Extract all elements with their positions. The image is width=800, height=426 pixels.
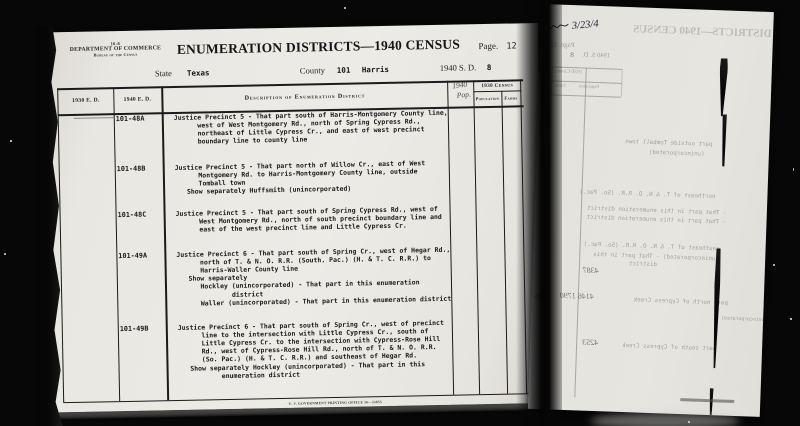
ghost-line: part south of Cypress Creek bbox=[622, 343, 716, 352]
ed-cell: 101-49A bbox=[118, 252, 147, 261]
column-header-1940-ed: 1940 E. D. bbox=[113, 96, 161, 103]
column-divider bbox=[113, 87, 120, 401]
column-divider bbox=[473, 80, 480, 394]
ghost-handwritten-figure: 4387 bbox=[583, 266, 599, 276]
county-code: 101 bbox=[337, 65, 351, 74]
ghost-line: - That part in this enumeration district bbox=[586, 215, 726, 226]
column-header-1930-census: 1930 Census bbox=[473, 82, 521, 89]
sd-label: 1940 S. D. bbox=[440, 62, 477, 73]
page-number-block: Page. 12 bbox=[478, 40, 516, 52]
speckle bbox=[764, 95, 766, 97]
ghost-handwritten-figure: 4146 1790 bbox=[560, 291, 594, 301]
ed-cell: 101-48B bbox=[117, 165, 146, 174]
ghost-footer-imprint bbox=[680, 398, 734, 403]
header-fields: State Texas County 101 Harris 1940 S. D.… bbox=[49, 61, 539, 70]
description-cell: Justice Precinct 6 - That part south of … bbox=[178, 318, 445, 381]
scanned-census-page-photo: 16-8 DEPARTMENT OF COMMERCE Bureau of th… bbox=[0, 0, 800, 426]
agency-stamp: 16-8 DEPARTMENT OF COMMERCE Bureau of th… bbox=[60, 40, 170, 59]
ghost-line: part outside Tomball town bbox=[625, 139, 712, 148]
ghost-column-rule bbox=[621, 69, 623, 97]
description-cell: Justice Precinct 6 - That part south of … bbox=[176, 245, 451, 308]
county-value: Harris bbox=[362, 64, 389, 74]
county-label: County bbox=[300, 65, 325, 75]
census-header-split-rule bbox=[473, 90, 521, 92]
column-divider bbox=[447, 81, 454, 395]
column-header-population: Population bbox=[473, 95, 501, 101]
table-row: 101-48B Justice Precinct 5 - That part n… bbox=[51, 157, 531, 166]
page-curl-highlight bbox=[590, 413, 740, 426]
speckle bbox=[688, 421, 690, 423]
speckle bbox=[4, 253, 6, 255]
table-row: 101-49B Justice Precinct 6 - That part s… bbox=[54, 317, 534, 326]
speckle bbox=[344, 7, 346, 9]
column-header-1930-ed: 1930 E. D. bbox=[58, 97, 113, 104]
description-cell: Justice Precinct 5 - That part north of … bbox=[175, 159, 426, 197]
ed-cell: 101-49B bbox=[120, 325, 149, 334]
speckle bbox=[773, 264, 775, 266]
description-cell: Justice Precinct 5 - That part south of … bbox=[174, 108, 449, 146]
speckle bbox=[793, 168, 794, 171]
ghost-population-header: Population bbox=[579, 83, 599, 89]
ghost-line: (unincorporated) bbox=[721, 316, 767, 323]
ghost-line: (unincorporated) bbox=[649, 150, 705, 158]
column-divider bbox=[501, 91, 508, 394]
column-header-description: Description of Enumeration District bbox=[162, 91, 447, 103]
ghost-sd-label: 1940 S. D. bbox=[582, 51, 610, 59]
ink-streak bbox=[719, 114, 728, 166]
ghost-line: district bbox=[629, 261, 657, 268]
sd-value: 8 bbox=[487, 62, 492, 71]
left-page: 16-8 DEPARTMENT OF COMMERCE Bureau of th… bbox=[48, 23, 545, 412]
description-cell: Justice Precinct 5 - That part south of … bbox=[176, 204, 443, 234]
ghost-line: northeast of T. & N. O. R.R. (So. Pac.) bbox=[579, 189, 715, 200]
ghost-line: (unincorporated) - That part in this bbox=[593, 252, 719, 262]
gutter-shadow bbox=[516, 0, 562, 426]
ed-cell: 101-48C bbox=[118, 211, 147, 220]
ghost-line: part north of Cypress Creek bbox=[634, 297, 728, 306]
state-value: Texas bbox=[187, 68, 210, 77]
right-page: 3/23/4 Page. 12 DISTRICTS—1940 CENSUS 19… bbox=[528, 4, 774, 417]
page-title: ENUMERATION DISTRICTS—1940 CENSUS bbox=[168, 36, 468, 58]
ghost-title: DISTRICTS—1940 CENSUS bbox=[633, 23, 772, 40]
ink-streak bbox=[718, 58, 728, 116]
column-divider bbox=[161, 86, 169, 400]
handwritten-pop-header: 1940 Pop. bbox=[444, 79, 476, 102]
ghost-sd-value: 8 bbox=[570, 50, 574, 59]
header-dash-mark bbox=[74, 117, 114, 119]
footer-imprint: U. S. GOVERNMENT PRINTING OFFICE 16—3385… bbox=[235, 399, 435, 407]
ghost-line: southeast of T. & N. O. R.R. (So. Pac.) bbox=[584, 242, 720, 253]
state-label: State bbox=[155, 68, 172, 78]
handwritten-date-text: 3/23/4 bbox=[571, 19, 599, 32]
table-row: 101-48A Justice Precinct 5 - That part s… bbox=[50, 107, 530, 116]
speckle bbox=[790, 318, 792, 320]
table-row: 101-49A Justice Precinct 6 - That part s… bbox=[52, 244, 532, 253]
ghost-column-rule bbox=[574, 68, 587, 398]
ghost-handwritten-figure: 4253 bbox=[582, 338, 598, 348]
table-row: 101-48C Justice Precinct 5 - That part s… bbox=[52, 203, 532, 212]
speckle bbox=[10, 140, 12, 142]
ed-cell: 101-48A bbox=[116, 115, 145, 124]
page-label: Page. bbox=[478, 41, 498, 51]
